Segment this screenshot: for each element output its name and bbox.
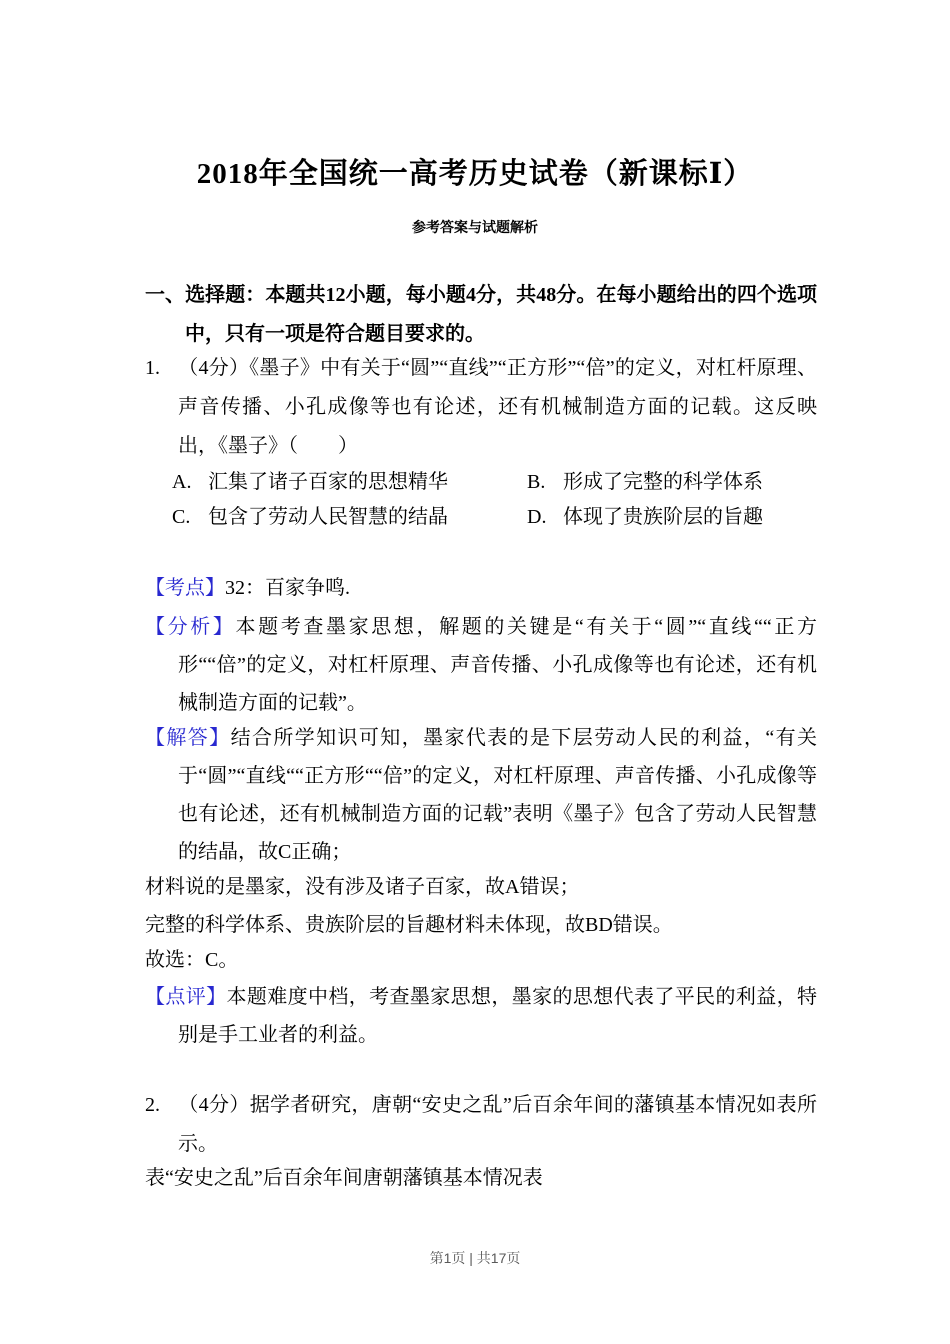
- question-1-options-row-1: A.汇集了诸子百家的思想精华B.形成了完整的科学体系: [145, 465, 845, 500]
- analysis-paragraph: 【分析】本题考查墨家思想，解题的关键是“有关于“圆”“直线““正方形““倍”的定…: [145, 608, 817, 722]
- question-2-number: 2.: [145, 1086, 178, 1125]
- question-2: 2.（4分）据学者研究，唐朝“安史之乱”后百余年间的藩镇基本情况如表所示。: [145, 1086, 817, 1164]
- solution-line-a: 材料说的是墨家，没有涉及诸子百家，故A错误；: [145, 868, 817, 906]
- page-title: 2018年全国统一高考历史试卷（新课标Ⅰ）: [0, 152, 950, 196]
- comment-label: 【点评】: [145, 986, 227, 1008]
- question-2-stem: （4分）据学者研究，唐朝“安史之乱”后百余年间的藩镇基本情况如表所示。: [178, 1094, 817, 1155]
- option-b: B.形成了完整的科学体系: [500, 465, 763, 500]
- solution-text: 结合所学知识可知，墨家代表的是下层劳动人民的利益，“有关于“圆”“直线““正方形…: [178, 727, 817, 863]
- exam-point-text: 32：百家争鸣.: [225, 577, 350, 599]
- question-1: 1.（4分）《墨子》中有关于“圆”“直线”“正方形”“倍”的定义，对杠杆原理、声…: [145, 349, 817, 466]
- option-a: A.汇集了诸子百家的思想精华: [145, 465, 500, 500]
- solution-paragraph: 【解答】结合所学知识可知，墨家代表的是下层劳动人民的利益，“有关于“圆”“直线“…: [145, 719, 817, 871]
- option-d: D.体现了贵族阶层的旨趣: [500, 500, 763, 535]
- solution-label: 【解答】: [145, 727, 231, 749]
- option-b-label: B.: [527, 465, 563, 500]
- option-c: C.包含了劳动人民智慧的结晶: [145, 500, 500, 535]
- comment-paragraph: 【点评】本题难度中档，考查墨家思想，墨家的思想代表了平民的利益，特别是手工业者的…: [145, 978, 817, 1054]
- question-1-stem: （4分）《墨子》中有关于“圆”“直线”“正方形”“倍”的定义，对杠杆原理、声音传…: [178, 357, 817, 457]
- analysis-label: 【分析】: [145, 616, 236, 638]
- option-d-text: 体现了贵族阶层的旨趣: [563, 506, 763, 528]
- exam-point-label: 【考点】: [145, 577, 225, 599]
- solution-line-bd: 完整的科学体系、贵族阶层的旨趣材料未体现，故BD错误。: [145, 906, 817, 944]
- option-a-label: A.: [172, 465, 208, 500]
- exam-point-line: 【考点】32：百家争鸣.: [145, 569, 817, 607]
- section-heading: 一、选择题：本题共12小题，每小题4分，共48分。在每小题给出的四个选项中，只有…: [145, 276, 817, 354]
- option-a-text: 汇集了诸子百家的思想精华: [208, 471, 448, 493]
- page-footer: 第1页 | 共17页: [0, 1248, 950, 1268]
- option-c-label: C.: [172, 500, 208, 535]
- analysis-text: 本题考查墨家思想，解题的关键是“有关于“圆”“直线““正方形““倍”的定义，对杠…: [178, 616, 817, 714]
- question-1-options-row-2: C.包含了劳动人民智慧的结晶D.体现了贵族阶层的旨趣: [145, 500, 845, 535]
- comment-text: 本题难度中档，考查墨家思想，墨家的思想代表了平民的利益，特别是手工业者的利益。: [178, 986, 817, 1046]
- answer-line: 故选：C。: [145, 941, 817, 979]
- option-d-label: D.: [527, 500, 563, 535]
- exam-answer-page: 2018年全国统一高考历史试卷（新课标Ⅰ） 参考答案与试题解析 一、选择题：本题…: [0, 0, 950, 1344]
- option-c-text: 包含了劳动人民智慧的结晶: [208, 506, 448, 528]
- option-b-text: 形成了完整的科学体系: [563, 471, 763, 493]
- question-2-table-caption: 表“安史之乱”后百余年间唐朝藩镇基本情况表: [145, 1159, 817, 1197]
- question-1-number: 1.: [145, 349, 178, 388]
- page-subtitle: 参考答案与试题解析: [0, 219, 950, 239]
